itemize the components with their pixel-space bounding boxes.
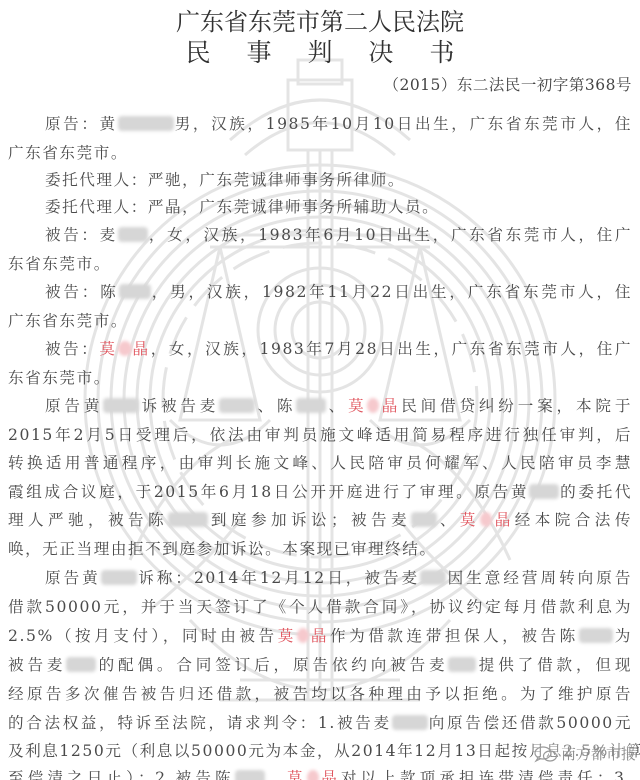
text: 诉称：2014年12月12日，被告麦 bbox=[137, 569, 420, 587]
highlighted-name: 莫 bbox=[348, 397, 367, 415]
text: 的配偶。合同签订后，原告依约向被告麦 bbox=[96, 656, 448, 674]
text: 向原告偿还借款50000元 bbox=[428, 714, 632, 732]
text: 、陈 bbox=[255, 397, 296, 415]
text: 、 bbox=[437, 511, 460, 529]
defendant-label: 被告：麦 bbox=[45, 226, 118, 244]
text: 民间借贷纠纷一案，本院于 bbox=[401, 397, 632, 415]
case-number: （2015）东二法民一初字第368号 bbox=[383, 73, 632, 95]
highlighted-name: 莫 bbox=[460, 511, 480, 529]
text: 经本院合法传 bbox=[515, 511, 632, 529]
defendant-label: 被告：陈 bbox=[45, 283, 119, 301]
text: 提供了借款，但现 bbox=[476, 656, 632, 674]
text: 、 bbox=[326, 397, 348, 415]
defendant-1-line-1: 被告：麦，女，汉族，1983年6月10日出生，广东省东莞市人，住广 bbox=[0, 223, 636, 245]
text: 2.5%（按月支付），同时由被告 bbox=[8, 627, 278, 645]
text: 诉被告麦 bbox=[139, 397, 219, 415]
claim-line-5: 经原告多次催告被告归还借款，被告均以各种理由予以拒绝。为了维护原告 bbox=[0, 682, 636, 704]
highlighted-name: 晶 bbox=[132, 340, 151, 358]
text: 作为借款连带担保人，被告陈 bbox=[330, 627, 579, 645]
redacted-name bbox=[235, 770, 265, 780]
redacted-name bbox=[66, 657, 96, 672]
defendant-2-line-1: 被告：陈，男，汉族，1982年11月22日出生，广东省东莞市人，住 bbox=[0, 280, 636, 302]
agent-1: 委托代理人：严驰，广东莞诚律师事务所律师。 bbox=[0, 168, 636, 190]
highlighted-name: 莫 bbox=[99, 340, 117, 358]
court-name-title: 广东省东莞市第二人民法院 bbox=[0, 2, 640, 37]
document-type-title: 民 事 判 决 书 bbox=[0, 33, 640, 69]
claim-line-2: 借款50000元，并于当天签订了《个人借款合同》，协议约定每月借款利息为 bbox=[0, 595, 636, 617]
agent-2: 委托代理人：严晶，广东莞诚律师事务所辅助人员。 bbox=[0, 195, 636, 217]
redacted-name bbox=[297, 628, 309, 643]
defendant-details: ，女，汉族，1983年6月10日出生，广东省东莞市人，住广 bbox=[148, 226, 632, 244]
text: 为 bbox=[613, 627, 632, 645]
judgment-document: 广东省东莞市第二人民法院 民 事 判 决 书 （2015）东二法民一初字第368… bbox=[0, 0, 640, 780]
defendant-label: 被告： bbox=[45, 340, 99, 358]
redacted-name bbox=[392, 715, 428, 730]
redacted-name bbox=[420, 570, 446, 585]
defendant-1-line-2: 东省东莞市。 bbox=[0, 252, 636, 274]
redacted-name bbox=[101, 570, 137, 585]
plaintiff-line-2: 广东省东莞市。 bbox=[0, 141, 636, 163]
redacted-name bbox=[448, 657, 476, 672]
procedure-line-3: 转换适用普通程序，由审判长施文峰、人民陪审员何耀军、人民陪审员李慧 bbox=[0, 451, 636, 473]
text: 因生意经营周转向原告 bbox=[446, 569, 632, 587]
highlighted-name: 晶 bbox=[309, 627, 330, 645]
procedure-line-6: 唤，无正当理由拒不到庭参加诉讼。本案现已审理终结。 bbox=[0, 537, 636, 559]
redacted-name bbox=[579, 628, 613, 643]
text: 的委托代 bbox=[559, 483, 632, 501]
redacted-name bbox=[118, 116, 174, 131]
redacted-name bbox=[168, 512, 208, 527]
highlighted-name: 晶 bbox=[319, 769, 341, 780]
claim-line-3: 2.5%（按月支付），同时由被告莫晶作为借款连带担保人，被告陈为 bbox=[0, 624, 636, 646]
claim-line-6: 的合法权益，特诉至法院，请求判令：1.被告麦向原告偿还借款50000元 bbox=[0, 711, 636, 733]
text: 被告麦 bbox=[8, 656, 66, 674]
text: 对以上款项承担连带清偿责任；3. bbox=[341, 769, 632, 780]
text: 至偿清之日止）；2.被告陈 bbox=[8, 769, 235, 780]
procedure-line-5: 理人严驰，被告陈到庭参加诉讼；被告麦、莫晶经本院合法传 bbox=[0, 508, 636, 530]
redacted-name bbox=[219, 398, 255, 413]
plaintiff-line-1: 原告：黄男，汉族，1985年10月10日出生，广东省东莞市人，住 bbox=[0, 112, 636, 134]
redacted-name bbox=[103, 398, 139, 413]
newspaper-watermark: 南方都市报 bbox=[533, 743, 636, 764]
procedure-line-2: 2015年2月5日受理后，依法由审判员施文峰适用简易程序进行独任审判，后 bbox=[0, 423, 636, 445]
highlighted-name: 晶 bbox=[379, 397, 401, 415]
claim-line-8: 至偿清之日止）；2.被告陈、莫晶对以上款项承担连带清偿责任；3. bbox=[0, 766, 636, 780]
plaintiff-details: 男，汉族，1985年10月10日出生，广东省东莞市人，住 bbox=[174, 115, 632, 133]
highlighted-name: 莫 bbox=[287, 769, 307, 780]
redacted-name bbox=[296, 398, 326, 413]
redacted-name bbox=[307, 770, 319, 780]
procedure-line-4: 霞组成合议庭，于2015年6月18日公开开庭进行了审理。原告黄的委托代 bbox=[0, 480, 636, 502]
wechat-bubble-icon bbox=[533, 745, 559, 763]
text: 、 bbox=[265, 769, 287, 780]
text: 理人严驰，被告陈 bbox=[8, 511, 168, 529]
redacted-name bbox=[529, 484, 559, 499]
defendant-3-line-1: 被告：莫晶，女，汉族，1983年7月28日出生，广东省东莞市人，住广 bbox=[0, 337, 636, 359]
defendant-3-line-2: 东省东莞市。 bbox=[0, 366, 636, 388]
defendant-details: ，男，汉族，1982年11月22日出生，广东省东莞市人，住 bbox=[151, 283, 632, 301]
redacted-name bbox=[118, 227, 148, 242]
text: 原告黄 bbox=[45, 397, 103, 415]
redacted-name bbox=[119, 284, 151, 299]
highlighted-name: 晶 bbox=[492, 511, 515, 529]
text: 霞组成合议庭，于2015年6月18日公开开庭进行了审理。原告黄 bbox=[8, 483, 529, 501]
redacted-name bbox=[480, 512, 492, 527]
defendant-details: ，女，汉族，1983年7月28日出生，广东省东莞市人，住广 bbox=[151, 340, 632, 358]
claim-line-1: 原告黄诉称：2014年12月12日，被告麦因生意经营周转向原告 bbox=[0, 566, 636, 588]
redacted-name bbox=[118, 341, 132, 356]
defendant-2-line-2: 广东省东莞市。 bbox=[0, 309, 636, 331]
procedure-line-1: 原告黄诉被告麦、陈、莫晶民间借贷纠纷一案，本院于 bbox=[0, 394, 636, 416]
text: 的合法权益，特诉至法院，请求判令：1.被告麦 bbox=[8, 714, 392, 732]
text: 原告黄 bbox=[45, 569, 101, 587]
text: 到庭参加诉讼；被告麦 bbox=[208, 511, 411, 529]
newspaper-logo-text: 南方都市报 bbox=[561, 743, 636, 764]
claim-line-4: 被告麦的配偶。合同签订后，原告依约向被告麦提供了借款，但现 bbox=[0, 653, 636, 675]
redacted-name bbox=[367, 398, 379, 413]
highlighted-name: 莫 bbox=[278, 627, 297, 645]
redacted-name bbox=[411, 512, 437, 527]
plaintiff-label: 原告：黄 bbox=[45, 115, 118, 133]
